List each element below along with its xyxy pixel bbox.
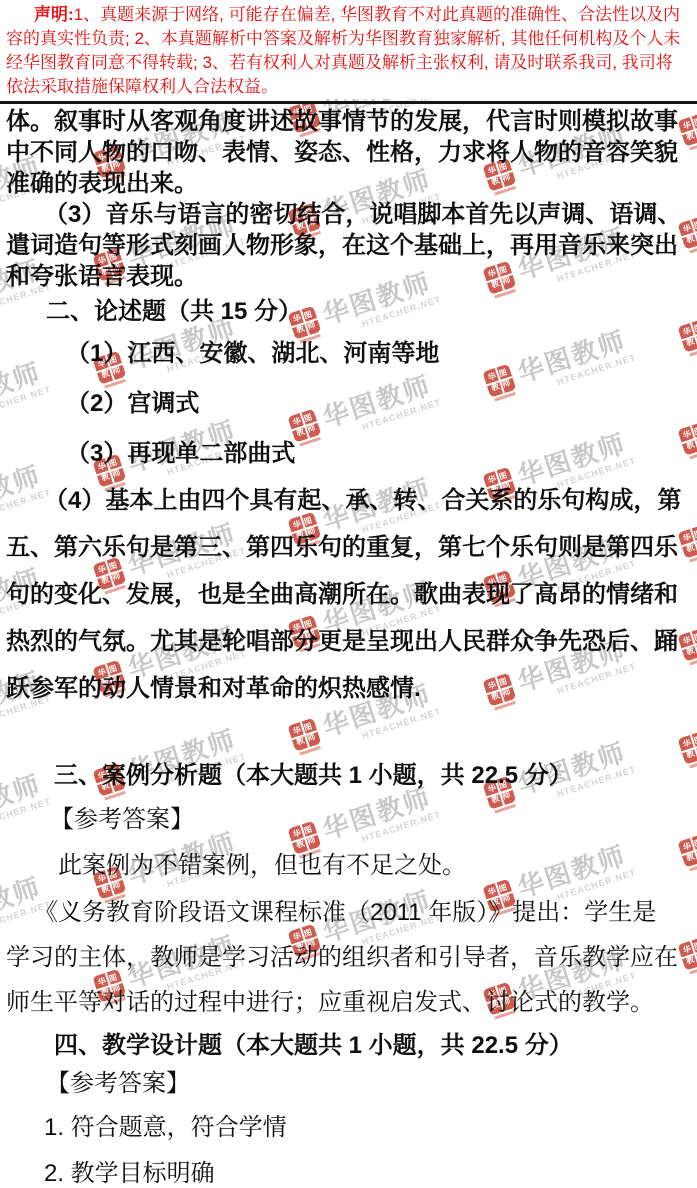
disclaimer-text: 声明:1、真题来源于网络, 可能存在偏差, 华图教育不对此真题的准确性、合法性以… (6, 3, 692, 99)
section-4-heading: 四、教学设计题（本大题共 1 小题，共 22.5 分） (6, 1030, 691, 1061)
section-4-point-2: 2. 教学目标明确 (6, 1158, 691, 1188)
section-2-item-2: （2）宫调式 (6, 388, 691, 419)
section-2-item-3: （3）再现单二部曲式 (6, 438, 691, 469)
disclaimer-prefix: 声明: (34, 5, 74, 24)
paragraph-point3: （3）音乐与语言的密切结合，说唱脚本首先以声调、语调、 遣词造句等形式刻画人物形… (6, 199, 691, 292)
section-3-heading: 三、案例分析题（本大题共 1 小题，共 22.5 分） (6, 760, 691, 791)
disclaimer-body: 1、真题来源于网络, 可能存在偏差, 华图教育不对此真题的准确性、合法性以及内 … (6, 5, 680, 96)
section-4-reference-answer-label: 【参考答案】 (6, 1068, 691, 1099)
document-page: 华图教师华图教师HTEACHER.NET华图教师华图教师HTEACHER.NET… (0, 0, 697, 1188)
section-2-item-1: （1）江西、安徽、湖北、河南等地 (6, 338, 691, 369)
paragraph-point4: （4）基本上由四个具有起、承、转、合关系的乐句构成，第 五、第六乐句是第三、第四… (6, 477, 691, 712)
paragraph-continuation: 体。叙事时从客观角度讲述故事情节的发展，代言时则模拟故事 中不同人物的口吻、表情… (6, 106, 691, 199)
section-3-comment: 此案例为不错案例，但也有不足之处。 (6, 850, 691, 881)
section-2-heading: 二、论述题（共 15 分） (6, 296, 691, 327)
watermark: 华图教师华图教师HTEACHER.NET (0, 708, 52, 746)
section-3-reference-answer-label: 【参考答案】 (6, 804, 691, 835)
divider-line (0, 101, 697, 104)
section-4-point-1: 1. 符合题意，符合学情 (6, 1112, 691, 1143)
watermark: 华图教师华图教师HTEACHER.NET (291, 721, 442, 759)
section-3-paragraph: 《义务教育阶段语文课程标准（2011 年版）》提出：学生是 学习的主体，教师是学… (6, 890, 691, 1025)
